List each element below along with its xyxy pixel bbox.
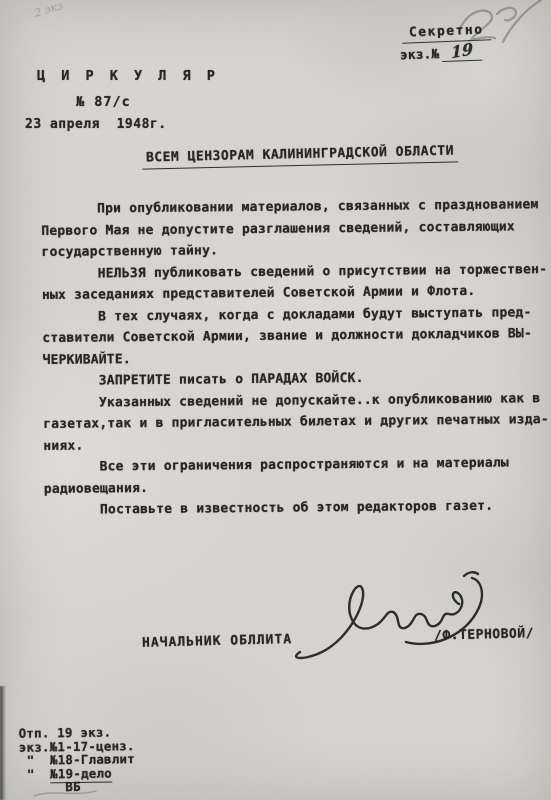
scanned-document-page: 2 экз Секретно экз.№ 19 Ц И Р К У Л Я Р …: [0, 0, 551, 800]
document-number: № 87/с: [76, 94, 131, 110]
scan-edge-shadow: [0, 686, 6, 800]
distribution-block: Отп. 19 экз. экз.№1-17-ценз. " №18-Главл…: [19, 725, 136, 794]
document-type: Ц И Р К У Л Я Р: [37, 68, 219, 84]
handwritten-signature: [288, 570, 493, 668]
document-date: 23 апреля 1948г.: [25, 117, 167, 132]
pencil-note-top-left: 2 экз: [33, 0, 65, 20]
copy-prefix: экз.№: [400, 47, 440, 63]
handwritten-copy-number: 19: [451, 42, 473, 60]
ditto-mark: ": [19, 766, 50, 781]
signatory-title: НАЧАЛЬНИК ОБЛЛИТА: [142, 632, 292, 651]
heading-wrap: ВСЕМ ЦЕНЗОРАМ КАЛИНИНГРАДСКОЙ ОБЛАСТИ: [128, 139, 472, 170]
signatory-name: /Ф.ТЕРНОВОЙ/: [434, 626, 534, 643]
typist-initials: ВБ: [65, 779, 81, 794]
typist-initials-row: ВБ: [19, 779, 135, 794]
classification-label: Секретно: [402, 22, 491, 43]
signature-row: НАЧАЛЬНИК ОБЛЛИТА /Ф.ТЕРНОВОЙ/: [142, 626, 534, 651]
copy-number-line: экз.№ 19: [400, 44, 483, 64]
document-body: При опубликовании материалов, связанных …: [41, 194, 536, 521]
document-heading: ВСЕМ ЦЕНЗОРАМ КАЛИНИНГРАДСКОЙ ОБЛАСТИ: [142, 143, 458, 169]
body-line: Поставьте в известность об этом редактор…: [44, 495, 536, 521]
copy-number-underline: 19: [442, 44, 483, 62]
